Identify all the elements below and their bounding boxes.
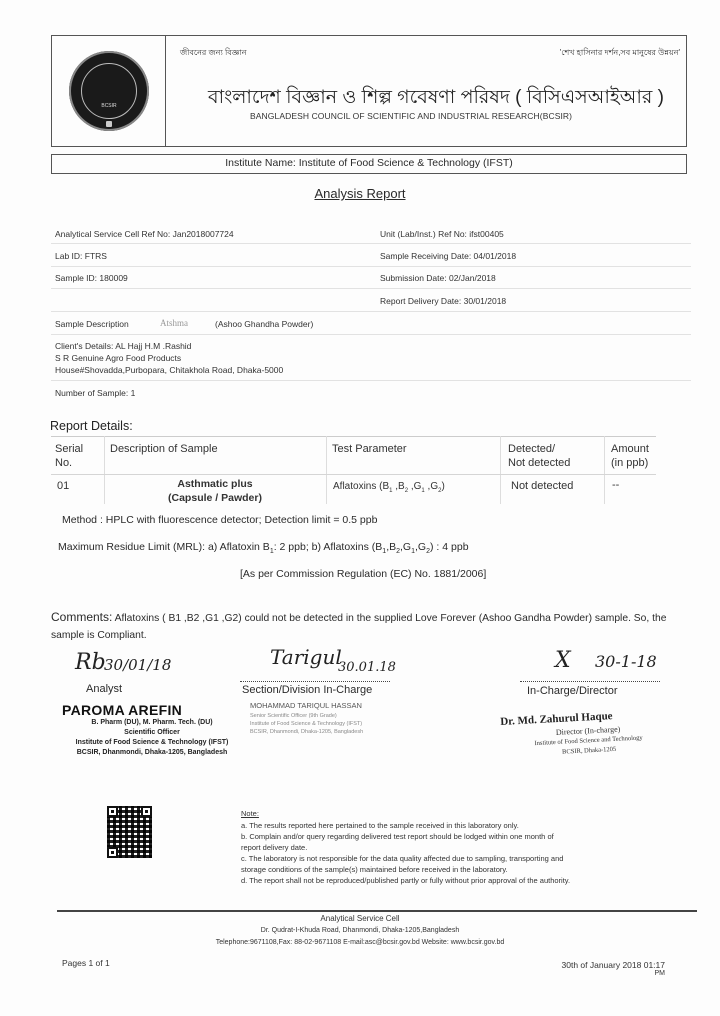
section-incharge-credentials: Senior Scientific Officer (9th Grade) In… — [250, 712, 363, 736]
cell-detected: Not detected — [511, 480, 573, 492]
lab-id: Lab ID: FTRS — [55, 251, 107, 261]
page-count: Pages 1 of 1 — [62, 958, 110, 968]
cell-amount: -- — [612, 479, 619, 491]
motto-left: জীবনের জন্য বিজ্ঞান — [180, 47, 246, 60]
footer-address: Dr. Qudrat-I-Khuda Road, Dhanmondi, Dhak… — [0, 927, 720, 934]
sample-description-value: (Ashoo Ghandha Powder) — [215, 319, 313, 329]
col-header-serial: SerialNo. — [55, 442, 83, 470]
institute-name: Institute Name: Institute of Food Scienc… — [51, 154, 687, 174]
analyst-name: PAROMA AREFIN — [62, 702, 182, 718]
director-signature: X — [555, 648, 571, 673]
report-details-title: Report Details: — [50, 419, 133, 433]
report-delivery-date: Report Delivery Date: 30/01/2018 — [380, 296, 506, 306]
mrl-text: Maximum Residue Limit (MRL): a) Aflatoxi… — [58, 541, 469, 555]
asc-ref-no: Analytical Service Cell Ref No: Jan20180… — [55, 229, 234, 239]
analyst-sign-date: 30/01/18 — [104, 656, 171, 674]
col-header-detected: Detected/Not detected — [508, 442, 570, 470]
col-header-description: Description of Sample — [110, 442, 218, 456]
note-title: Note: — [241, 808, 259, 819]
note-list: a. The results reported here pertained t… — [241, 820, 701, 886]
sample-description-label: Sample Description — [55, 319, 129, 329]
section-incharge-name: MOHAMMAD TARIQUL HASSAN — [250, 701, 362, 710]
analyst-credentials: B. Pharm (DU), M. Pharm. Tech. (DU) Scie… — [52, 718, 252, 758]
analyst-role: Analyst — [86, 683, 122, 695]
director-role: In-Charge/Director — [527, 685, 617, 697]
footer-contact: Telephone:9671108,Fax: 88-02-9671108 E-m… — [0, 939, 720, 946]
submission-date: Submission Date: 02/Jan/2018 — [380, 273, 496, 283]
footer-cell-name: Analytical Service Cell — [0, 914, 720, 923]
section-incharge-signature: Tarigul — [270, 645, 342, 669]
section-incharge-sign-date: 30.01.18 — [338, 660, 396, 675]
qr-code-icon — [107, 806, 152, 858]
cell-description: Asthmatic plus (Capsule / Pawder) — [110, 477, 320, 505]
comments-label: Comments: — [51, 610, 112, 624]
number-of-samples: Number of Sample: 1 — [55, 388, 135, 398]
cell-serial: 01 — [57, 480, 69, 492]
page-title: Analysis Report — [0, 186, 720, 201]
org-title-english: BANGLADESH COUNCIL OF SCIENTIFIC AND IND… — [250, 111, 572, 121]
note-item-b: b. Complain and/or query regarding deliv… — [241, 831, 701, 842]
client-details-line1: Client's Details: AL Hajj H.M .Rashid — [55, 341, 191, 351]
note-item-c: c. The laboratory is not responsible for… — [241, 853, 701, 864]
sample-receiving-date: Sample Receiving Date: 04/01/2018 — [380, 251, 516, 261]
note-item-d: d. The report shall not be reproduced/pu… — [241, 875, 701, 886]
director-sign-date: 30-1-18 — [595, 652, 657, 671]
section-incharge-role: Section/Division In-Charge — [242, 684, 372, 696]
note-item-a: a. The results reported here pertained t… — [241, 820, 701, 831]
motto-right: 'শেখ হাসিনার দর্শন,সব মানুষের উন্নয়ন' — [560, 47, 680, 60]
unit-ref-no: Unit (Lab/Inst.) Ref No: ifst00405 — [380, 229, 504, 239]
method-text: Method : HPLC with fluorescence detector… — [62, 514, 377, 526]
comments: Comments: Aflatoxins ( B1 ,B2 ,G1 ,G2) c… — [51, 609, 691, 644]
regulation-reference: [As per Commission Regulation (EC) No. 1… — [240, 568, 486, 580]
bcsir-seal-icon: BCSIR — [69, 51, 149, 131]
analyst-signature: Rb — [75, 650, 106, 675]
comments-text: Aflatoxins ( B1 ,B2 ,G1 ,G2) could not b… — [51, 613, 666, 641]
client-details-line2: S R Genuine Agro Food Products — [55, 353, 181, 363]
generated-timestamp: 30th of January 2018 01:17 PM — [562, 960, 666, 977]
footer-divider — [57, 910, 697, 912]
col-header-test-parameter: Test Parameter — [332, 442, 407, 456]
cell-test-parameter: Aflatoxins (B1 ,B2 ,G1 ,G2) — [333, 481, 445, 494]
sample-description-overlay: Atshma — [160, 318, 188, 328]
sample-id: Sample ID: 180009 — [55, 273, 128, 283]
client-details-line3: House#Shovadda,Purbopara, Chitakhola Roa… — [55, 365, 283, 375]
director-credentials: Director (In-charge) Institute of Food S… — [498, 722, 679, 761]
logo-cell: BCSIR — [51, 35, 166, 147]
col-header-amount: Amount(in ppb) — [611, 442, 649, 470]
